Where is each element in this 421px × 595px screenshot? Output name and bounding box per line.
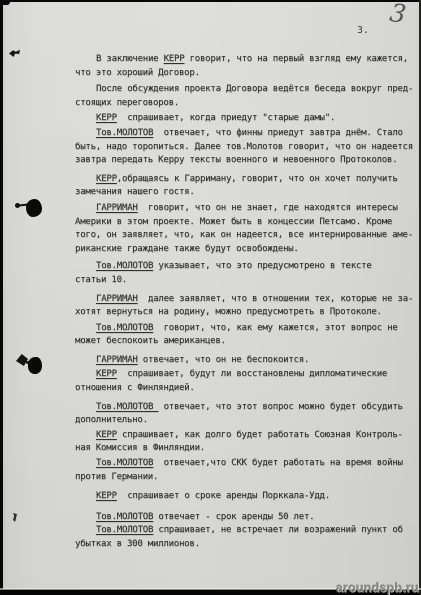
text-line: ГАРРИМАН говорит, что он не знает, где н… <box>75 202 419 216</box>
watermark: aroundspb.ru <box>336 581 419 595</box>
speaker-name: ГАРРИМАН <box>96 203 138 213</box>
text-segment: быть, надо торопиться. Далее тов.Молотов… <box>75 142 413 152</box>
text-segment: хотят вернуться на родину, можно предусм… <box>75 307 382 317</box>
text-segment: дополнительно. <box>75 415 148 425</box>
text-segment: риканские граждане также будут освобожде… <box>75 244 299 254</box>
speaker-name: ГАРРИМАН <box>96 294 138 304</box>
text-line: дополнительно. <box>75 414 419 428</box>
text-line: Тов.МОЛОТОВ отвечает, что финны приедут … <box>75 127 419 141</box>
text-segment: замечания нашего гостя. <box>75 187 195 197</box>
text-segment: спрашивает, не встречает ли возражений п… <box>153 525 403 535</box>
text-line: Тов.МОЛОТОВ говорит, что, как ему кажетс… <box>75 322 419 336</box>
text-segment: говорит, что он не знает, где находятся … <box>138 203 398 213</box>
scan-border-top <box>0 0 421 2</box>
ink-blot-upper <box>26 199 42 217</box>
text-line: быть, надо торопиться. Далее тов.Молотов… <box>75 141 419 155</box>
text-segment: отвечает, что этот вопрос можно будет об… <box>158 402 402 412</box>
text-segment: говорит, что на первый взгляд ему кажетс… <box>184 54 408 64</box>
speaker-name: ГАРРИМАН <box>96 355 138 365</box>
text-line: того, он заявляет, что, как он надеется,… <box>75 229 419 243</box>
text-segment: может беспокоить американцев. <box>75 336 226 346</box>
text-line: Тов.МОЛОТОВ отвечает,что СКК будет работ… <box>75 457 419 471</box>
text-segment: После обсуждения проекта Договора ведётс… <box>96 84 413 94</box>
text-line: КЕРР спрашивает, когда приедут "старые д… <box>75 112 419 126</box>
speaker-name: Тов.МОЛОТОВ <box>96 323 153 333</box>
text-segment: того, он заявляет, что, как он надеется,… <box>75 230 413 240</box>
speaker-name: КЕРР <box>164 54 185 64</box>
text-line: ГАРРИМАН далее заявляет, что в отношении… <box>75 293 419 307</box>
document-text-body: В заключение КЕРР говорит, что на первый… <box>0 53 421 552</box>
handwritten-page-number: 3 <box>388 0 408 27</box>
text-line: КЕРР спрашивает, будут ли восстановлены … <box>75 368 419 382</box>
text-line: завтра передать Керру тексты военного и … <box>75 154 419 168</box>
text-segment: ная Комиссия в Финляндии. <box>75 443 205 453</box>
text-line: хотят вернуться на родину, можно предусм… <box>75 306 419 320</box>
text-line: убытках в 300 миллионов. <box>75 538 419 552</box>
text-line: Америки в этом проекте. Может быть в кон… <box>75 216 419 230</box>
text-line: Тов.МОЛОТОВ спрашивает, не встречает ли … <box>75 524 419 538</box>
text-segment: отвечает,что СКК будет работать на время… <box>153 458 403 468</box>
text-line: что это хороший Договор. <box>75 67 419 81</box>
text-segment: спрашивает, как долго будет работать Сою… <box>117 430 403 440</box>
text-segment: отношения с Финляндией. <box>75 383 195 393</box>
text-line: отношения с Финляндией. <box>75 382 419 396</box>
text-segment: далее заявляет, что в отношении тех, кот… <box>138 294 414 304</box>
ink-blot-lower <box>28 357 42 374</box>
speaker-name: КЕРР <box>96 369 117 379</box>
speaker-name: Тов.МОЛОТОВ <box>96 261 153 271</box>
speaker-name: Тов.МОЛОТОВ <box>96 128 153 138</box>
text-line: может беспокоить американцев. <box>75 335 419 349</box>
text-segment: спрашивает о сроке аренды Порккала-Удд. <box>117 491 330 501</box>
scanned-document-page: 3 3. В заключение КЕРР говорит, что на п… <box>0 0 421 595</box>
text-line: Тов.МОЛОТОВ отвечает, что этот вопрос мо… <box>75 401 419 415</box>
text-line: риканские граждане также будут освобожде… <box>75 243 419 257</box>
speaker-name: КЕРР <box>96 113 117 123</box>
text-line: После обсуждения проекта Договора ведётс… <box>75 83 419 97</box>
speaker-name: КЕРР <box>96 430 117 440</box>
text-segment: завтра передать Керру тексты военного и … <box>75 155 397 165</box>
typed-page-number: 3. <box>357 25 369 36</box>
text-line: статьи 10. <box>75 274 419 288</box>
text-segment: отвечает, что он не беспокоится. <box>138 355 310 365</box>
text-line: Тов.МОЛОТОВ указывает, что это предусмот… <box>75 260 419 274</box>
text-line: ГАРРИМАН отвечает, что он не беспокоится… <box>75 354 419 368</box>
text-line: ная Комиссия в Финляндии. <box>75 442 419 456</box>
text-segment: В заключение <box>96 54 164 64</box>
speaker-name: КЕРР <box>96 174 117 184</box>
text-line: КЕРР,обращаясь к Гарриману, говорит, что… <box>75 173 419 187</box>
text-segment: что это хороший Договор. <box>75 68 200 78</box>
speaker-name: Тов.МОЛОТОВ <box>96 512 153 522</box>
text-segment: отвечает, что финны приедут завтра днём.… <box>153 128 403 138</box>
text-line: КЕРР спрашивает, как долго будет работат… <box>75 429 419 443</box>
text-segment: отвечает - срок аренды 50 лет. <box>153 512 314 522</box>
text-segment: убытках в 300 миллионов. <box>75 539 200 549</box>
text-segment: Америки в этом проекте. Может быть в кон… <box>75 217 392 227</box>
speaker-name: Тов.МОЛОТОВ <box>96 525 153 535</box>
text-segment: спрашивает, будут ли восстановлены дипло… <box>117 369 387 379</box>
text-line: В заключение КЕРР говорит, что на первый… <box>75 53 419 67</box>
text-segment: статьи 10. <box>75 275 127 285</box>
speaker-name: Тов.МОЛОТОВ <box>96 402 158 412</box>
text-segment: говорит, что, как ему кажется, этот вопр… <box>153 323 397 333</box>
scan-corner-shadow <box>0 0 10 5</box>
text-line: замечания нашего гостя. <box>75 186 419 200</box>
text-segment: против Германии. <box>75 472 158 482</box>
text-line: стоящих переговоров. <box>75 97 419 111</box>
text-line: Тов.МОЛОТОВ отвечает - срок аренды 50 ле… <box>75 511 419 525</box>
text-segment: указывает, что это предусмотрено в текст… <box>153 261 371 271</box>
text-line: против Германии. <box>75 471 419 485</box>
text-segment: стоящих переговоров. <box>75 98 179 108</box>
text-line: КЕРР спрашивает о сроке аренды Порккала-… <box>75 490 419 504</box>
text-segment: спрашивает, когда приедут "старые дамы". <box>117 113 335 123</box>
text-segment: ,обращаясь к Гарриману, говорит, что он … <box>117 174 398 184</box>
speaker-name: КЕРР <box>96 491 117 501</box>
speaker-name: Тов.МОЛОТОВ <box>96 458 153 468</box>
